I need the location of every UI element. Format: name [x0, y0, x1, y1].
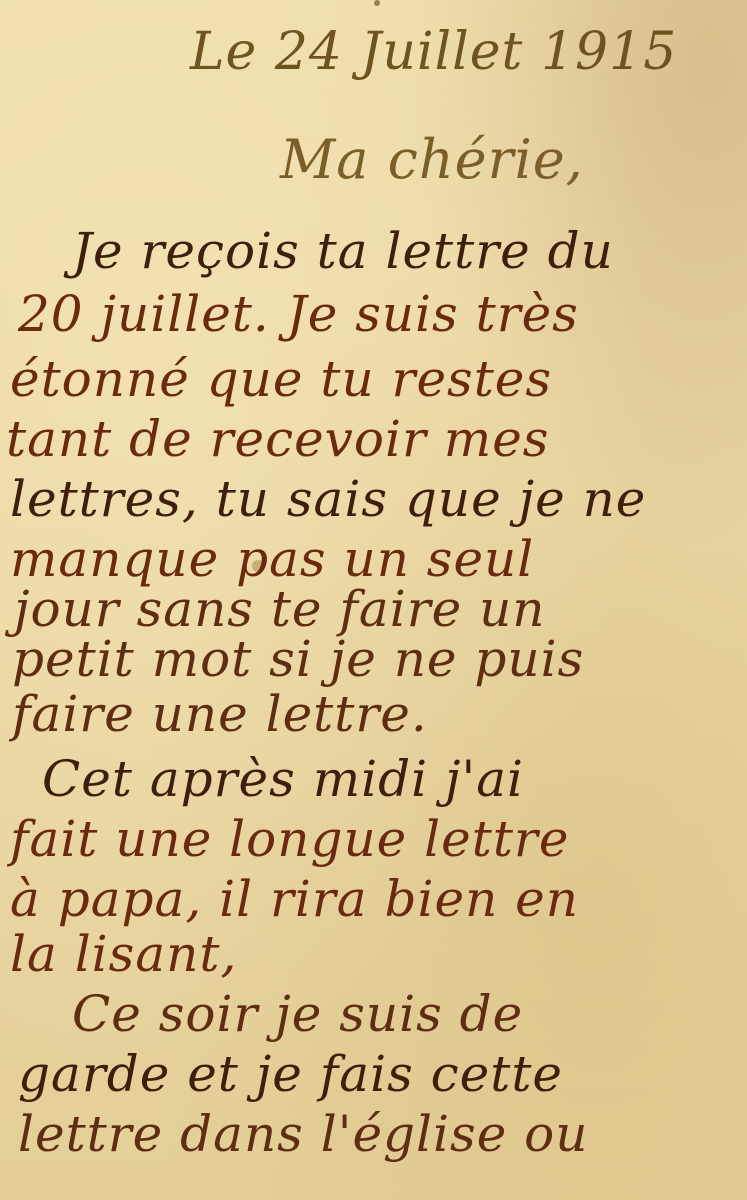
- date-line: Le 24 Juillet 1915: [190, 22, 677, 82]
- ink-dot: [374, 0, 380, 6]
- letter-line-1: Je reçois ta lettre du: [72, 222, 614, 280]
- letter-line-14: Ce soir je suis de: [72, 985, 523, 1043]
- letter-line-10: Cet après midi j'ai: [42, 750, 524, 808]
- letter-line-5: lettres, tu sais que je ne: [10, 470, 646, 528]
- letter-line-2: 20 juillet. Je suis très: [18, 285, 579, 343]
- letter-line-16: lettre dans l'église ou: [18, 1105, 589, 1163]
- letter-line-13: la lisant,: [10, 925, 237, 983]
- letter-line-9: faire une lettre.: [12, 685, 428, 743]
- letter-line-15: garde et je fais cette: [18, 1045, 563, 1103]
- letter-page: Le 24 Juillet 1915 Ma chérie, Je reçois …: [0, 0, 747, 1200]
- letter-line-3: étonné que tu restes: [10, 350, 552, 408]
- letter-line-8: petit mot si je ne puis: [12, 630, 584, 688]
- salutation: Ma chérie,: [280, 128, 584, 191]
- letter-line-4: tant de recevoir mes: [6, 410, 549, 468]
- letter-line-12: à papa, il rira bien en: [10, 870, 579, 928]
- letter-line-11: fait une longue lettre: [10, 810, 569, 868]
